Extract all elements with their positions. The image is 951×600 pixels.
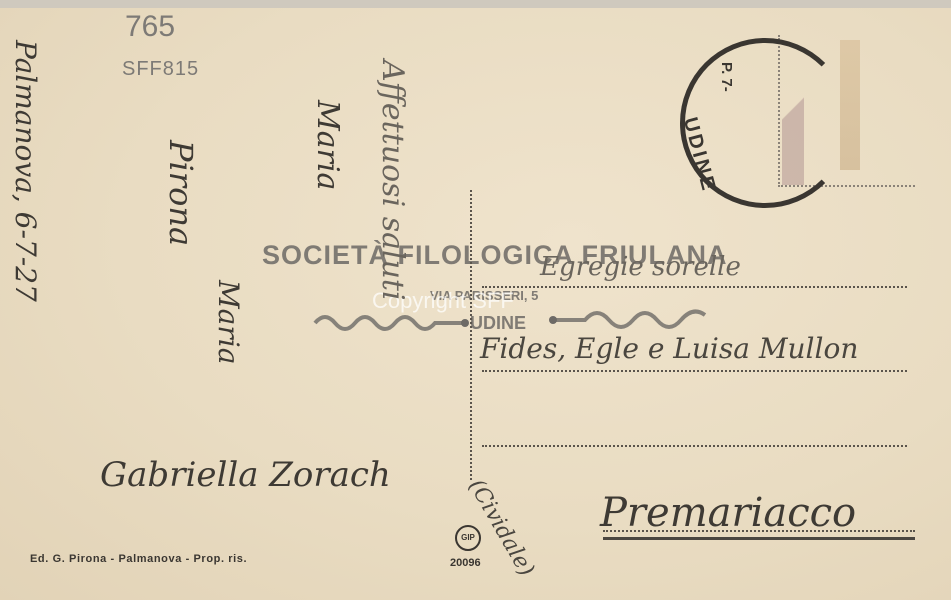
address-line-2 xyxy=(482,370,907,372)
handwritten-signature-3: Maria xyxy=(212,280,245,364)
handwritten-date: Palmanova, 6-7-27 xyxy=(9,40,42,302)
address-recipients: Fides, Egle e Luisa Mullon xyxy=(480,332,858,365)
publisher-logo: GIP xyxy=(455,525,481,551)
handwritten-greeting: Affettuosi saluti xyxy=(375,60,410,301)
address-underline xyxy=(603,537,915,540)
publisher-line: Ed. G. Pirona - Palmanova - Prop. ris. xyxy=(30,553,247,565)
address-line-1 xyxy=(482,286,907,288)
center-divider xyxy=(470,190,472,480)
address-line-3 xyxy=(482,445,907,447)
wavy-line-right xyxy=(545,300,740,330)
serial-number: 20096 xyxy=(450,557,481,569)
handwritten-signature-4: Gabriella Zorach xyxy=(100,455,391,495)
postmark-partial: P. 7- xyxy=(718,62,735,92)
postcard-back: 765 SFF815 UDINE P. 7- SOCIETÀ FILOLOGIC… xyxy=(0,0,951,600)
handwritten-signature-1: Maria xyxy=(310,100,345,190)
scan-edge xyxy=(0,0,951,8)
handwritten-signature-2: Pirona xyxy=(162,140,200,246)
society-stamp-city: UDINE xyxy=(470,313,526,334)
archive-number: 765 xyxy=(125,10,175,44)
address-town: Premariacco xyxy=(600,490,856,536)
address-salutation: Egregie sorelle xyxy=(540,252,741,282)
archive-code: SFF815 xyxy=(122,58,199,81)
